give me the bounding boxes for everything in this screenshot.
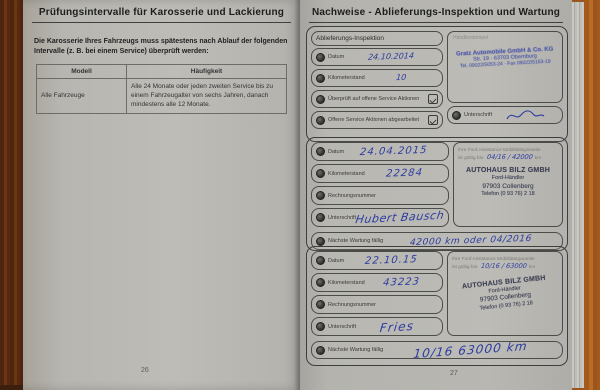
datum-label: Datum — [328, 54, 344, 60]
left-page-title: Prüfungsintervalle für Karosserie und La… — [31, 7, 292, 18]
stamp-line: Telefon (0 93 76) 2 18 — [456, 191, 560, 198]
warranty-handwritten: 10/16 / 63000 — [480, 263, 527, 270]
wrench-icon — [316, 237, 325, 246]
calendar-icon — [316, 256, 325, 265]
column-header-frequency: Häufigkeit — [127, 64, 287, 78]
unterschrift-row: Unterschrift — [447, 106, 563, 124]
warranty-line-2: ist gültig bis: 04/16 / 42000 km — [458, 154, 558, 162]
rechnungsnummer-row: Rechnungsnummer — [311, 295, 443, 314]
calendar-icon — [316, 53, 325, 62]
signature-icon — [316, 322, 325, 331]
naechste-wartung-label: Nächste Wartung fällig — [328, 238, 383, 244]
unterschrift-row: Unterschrift Hubert Bausch — [311, 208, 449, 227]
right-page-title: Nachweise - Ablieferungs-Inspektion und … — [308, 7, 564, 18]
rechnungsnummer-label: Rechnungsnummer — [328, 302, 376, 308]
page-stack-edges — [572, 2, 584, 388]
intro-text: Die Karosserie Ihres Fahrzeugs muss spät… — [34, 37, 289, 57]
right-page: Nachweise - Ablieferungs-Inspektion und … — [300, 0, 572, 390]
naechste-wartung-handwritten: 10/16 63000 km — [413, 340, 528, 360]
kilometerstand-label: Kilometerstand — [328, 75, 365, 81]
datum-row: Datum 22.10.15 — [311, 251, 443, 270]
invoice-icon — [316, 300, 325, 309]
datum-label: Datum — [328, 149, 344, 155]
kilometerstand-row: Kilometerstand 43223 — [311, 273, 443, 292]
warranty-note: Ihre Ford Assistance Mobilitätsgarantie … — [456, 146, 560, 163]
signature-icon — [452, 111, 461, 120]
warranty-suffix: km — [529, 265, 535, 270]
invoice-icon — [316, 191, 325, 200]
datum-handwritten: 24.04.2015 — [360, 145, 429, 157]
dealer-stamp-area: Händlerstempel Gratz Automobile GmbH & C… — [447, 31, 563, 103]
checkbox-pen-icon — [428, 94, 438, 104]
haendlerstempel-placeholder: Händlerstempel — [453, 35, 488, 41]
naechste-wartung-row: Nächste Wartung fällig 10/16 63000 km — [311, 341, 563, 359]
service-record-2: Datum 22.10.15 Kilometerstand 43223 Rech… — [306, 246, 568, 366]
kilometerstand-label: Kilometerstand — [328, 171, 365, 177]
warranty-prefix: ist gültig bis: — [458, 156, 484, 161]
rechnungsnummer-row: Rechnungsnummer — [311, 186, 449, 205]
title-divider — [32, 22, 291, 23]
cell-frequency: Alle 24 Monate oder jeden zweiten Servic… — [127, 78, 287, 113]
service-check-icon — [316, 95, 325, 104]
unterschrift-label: Unterschrift — [464, 112, 492, 118]
warranty-handwritten: 04/16 / 42000 — [486, 154, 533, 161]
service-check-row-2: Offene Service Aktionen abgearbeitet — [311, 111, 443, 129]
datum-row: Datum 24.04.2015 — [311, 142, 449, 161]
rechnungsnummer-label: Rechnungsnummer — [328, 193, 376, 199]
wrench-icon — [316, 346, 325, 355]
table-header-row: Modell Häufigkeit — [37, 64, 287, 78]
inspection-interval-table: Modell Häufigkeit Alle Fahrzeuge Alle 24… — [36, 64, 287, 114]
table-row: Alle Fahrzeuge Alle 24 Monate oder jeden… — [37, 78, 287, 113]
warranty-prefix: ist gültig bis: — [452, 265, 478, 270]
service-booklet-photo: Prüfungsintervalle für Karosserie und La… — [0, 0, 600, 390]
dealer-stamp: AUTOHAUS BILZ GMBH Ford-Händler 97903 Co… — [456, 166, 560, 198]
right-page-number: 27 — [450, 370, 458, 377]
datum-label: Datum — [328, 258, 344, 264]
cell-model: Alle Fahrzeuge — [37, 78, 127, 113]
column-header-model: Modell — [37, 64, 127, 78]
kilometerstand-row: Kilometerstand 22284 — [311, 164, 449, 183]
service-record-1: Datum 24.04.2015 Kilometerstand 22284 Re… — [306, 137, 568, 251]
left-page: Prüfungsintervalle für Karosserie und La… — [23, 0, 300, 390]
delivery-inspection-title: Ablieferungs-Inspektion — [311, 31, 443, 46]
dealer-stamp-area: Ihre Ford Assistance Mobilitätsgarantie … — [453, 142, 563, 227]
kilometerstand-row: Kilometerstand 10 — [311, 69, 443, 87]
calendar-icon — [316, 147, 325, 156]
unterschrift-handwritten: Hubert Bausch — [355, 210, 445, 226]
warranty-suffix: km — [535, 156, 541, 161]
title-divider — [309, 22, 563, 23]
odometer-icon — [316, 74, 325, 83]
service-check-label-2: Offene Service Aktionen abgearbeitet — [328, 117, 419, 123]
unterschrift-handwritten: Fries — [379, 319, 414, 333]
table-surface-left — [0, 0, 23, 390]
service-check-icon — [316, 116, 325, 125]
warranty-line-2: ist gültig bis: 10/16 / 63000 km — [452, 263, 558, 271]
odometer-icon — [316, 169, 325, 178]
service-check-label-1: Überprüft auf offene Service Aktionen — [328, 96, 419, 102]
left-page-number: 26 — [141, 367, 149, 374]
kilometerstand-handwritten: 10 — [396, 74, 407, 82]
delivery-inspection-label: Ablieferungs-Inspektion — [316, 35, 384, 42]
datum-handwritten: 22.10.15 — [364, 255, 418, 267]
datum-handwritten: 24.10.2014 — [368, 52, 415, 62]
kilometerstand-handwritten: 43223 — [382, 277, 420, 288]
table-surface-right — [584, 0, 600, 390]
datum-row: Datum 24.10.2014 — [311, 48, 443, 66]
signature-icon — [316, 213, 325, 222]
kilometerstand-handwritten: 22284 — [385, 168, 423, 179]
dealer-stamp-area: Ihre Ford Assistance Mobilitätsgarantie … — [447, 251, 563, 336]
service-check-row-1: Überprüft auf offene Service Aktionen — [311, 90, 443, 108]
odometer-icon — [316, 278, 325, 287]
signature-scribble — [504, 109, 546, 122]
stamp-line: 97903 Collenberg — [456, 183, 560, 191]
dealer-stamp: AUTOHAUS BILZ GMBH Ford-Händler 97903 Co… — [449, 273, 562, 316]
delivery-inspection-box: Ablieferungs-Inspektion Datum 24.10.2014… — [306, 26, 568, 142]
unterschrift-label: Unterschrift — [328, 215, 356, 221]
warranty-note: Ihre Ford Assistance Mobilitätsgarantie … — [450, 255, 560, 272]
checkbox-pen-icon — [428, 115, 438, 125]
kilometerstand-label: Kilometerstand — [328, 280, 365, 286]
unterschrift-row: Unterschrift Fries — [311, 317, 443, 336]
unterschrift-label: Unterschrift — [328, 324, 356, 330]
dealer-stamp: Gratz Automobile GmbH & Co. KG Str. 19 ·… — [450, 46, 561, 70]
stamp-line: Ford-Händler — [456, 175, 560, 182]
naechste-wartung-label: Nächste Wartung fällig — [328, 347, 383, 353]
